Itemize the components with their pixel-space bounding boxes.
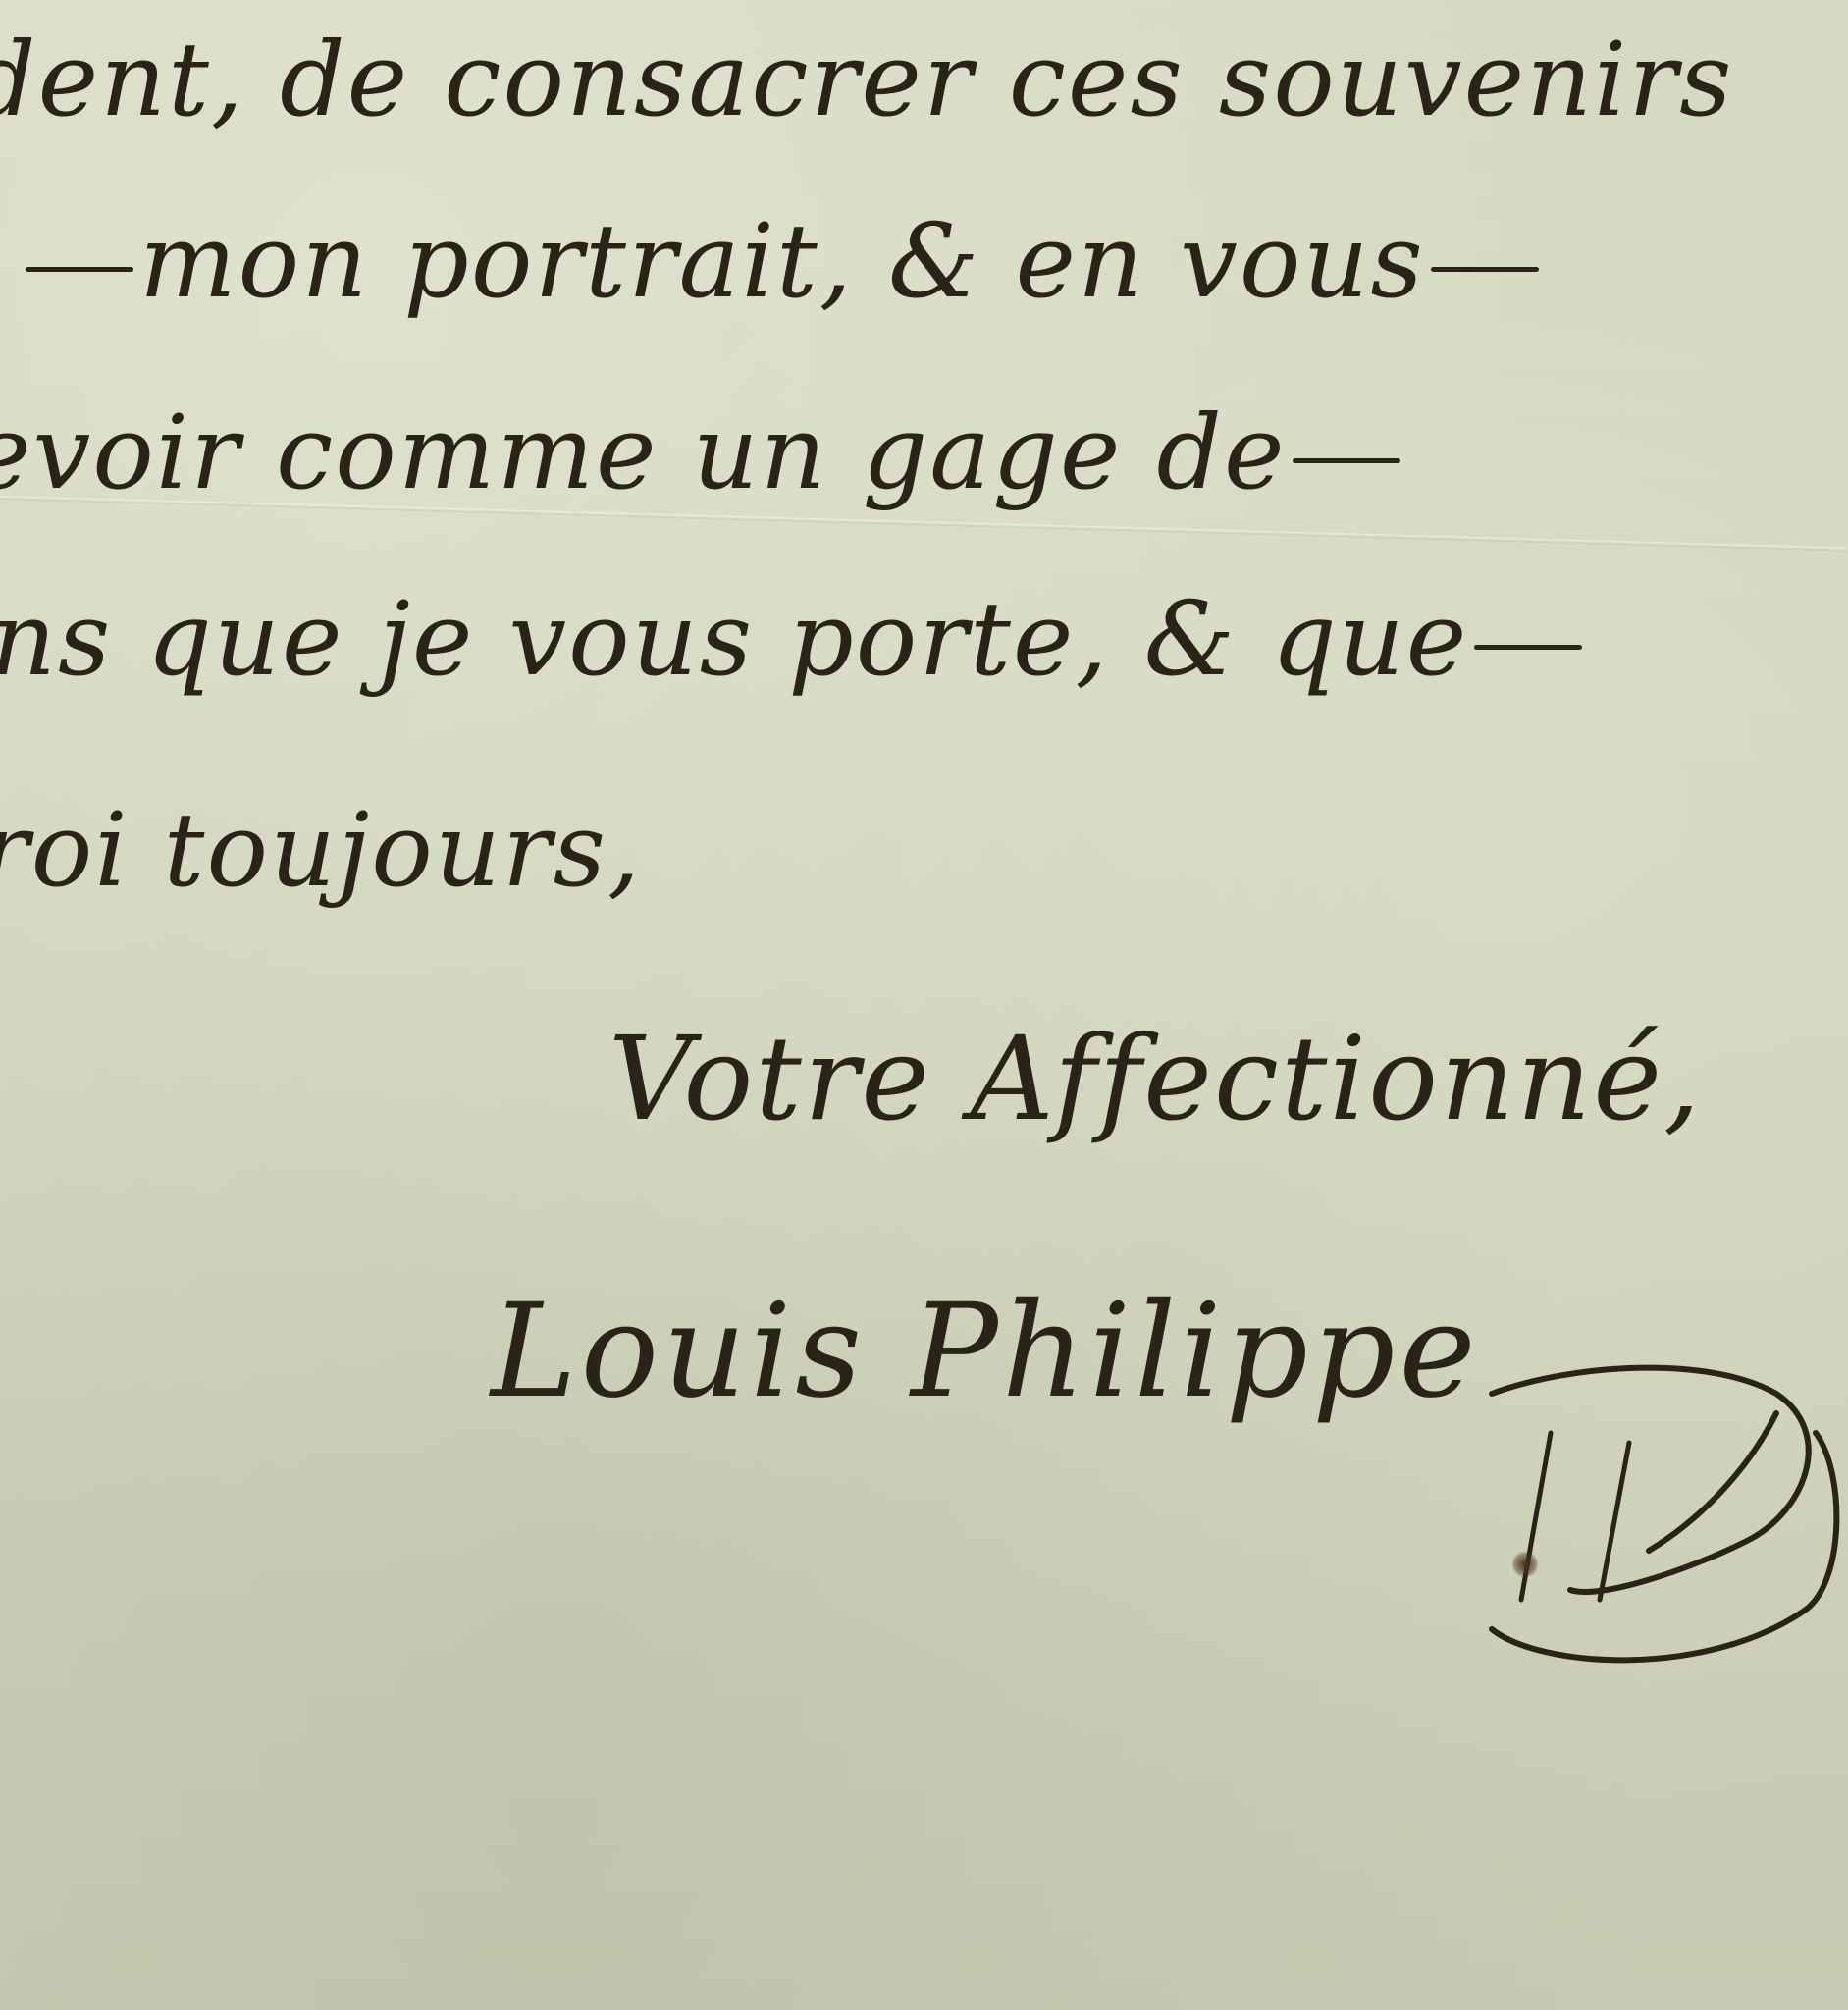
letter-line-4-text: ns que je vous porte, & que: [0, 579, 1468, 699]
ink-blot: [1511, 1551, 1539, 1578]
letter-line-2-text: mon portrait, & en vous: [139, 201, 1425, 321]
line-filler-dash: [1474, 645, 1582, 650]
letter-line-4: ns que je vous porte, & que: [0, 579, 1588, 699]
letter-line-2: mon portrait, & en vous: [20, 201, 1545, 321]
letter-line-1: dent, de consacrer ces souvenirs: [0, 20, 1734, 139]
letter-line-5-text: roi toujours,: [0, 790, 642, 910]
letter-page: dent, de consacrer ces souvenirs mon por…: [0, 0, 1848, 2010]
line-filler-dash: [1431, 267, 1539, 272]
letter-line-1-text: dent, de consacrer ces souvenirs: [0, 20, 1734, 139]
letter-line-3-text: evoir comme un gage de: [0, 393, 1287, 512]
letter-closing: Votre Affectionné,: [608, 1011, 1703, 1146]
letter-line-5: roi toujours,: [0, 790, 642, 910]
letter-signature: Louis Philippe: [491, 1276, 1480, 1427]
line-filler-dash: [1293, 458, 1400, 463]
signature-paraph-flourish: [1452, 1354, 1845, 1688]
letter-line-3: evoir comme un gage de: [0, 393, 1406, 512]
line-filler-dash: [26, 267, 133, 272]
